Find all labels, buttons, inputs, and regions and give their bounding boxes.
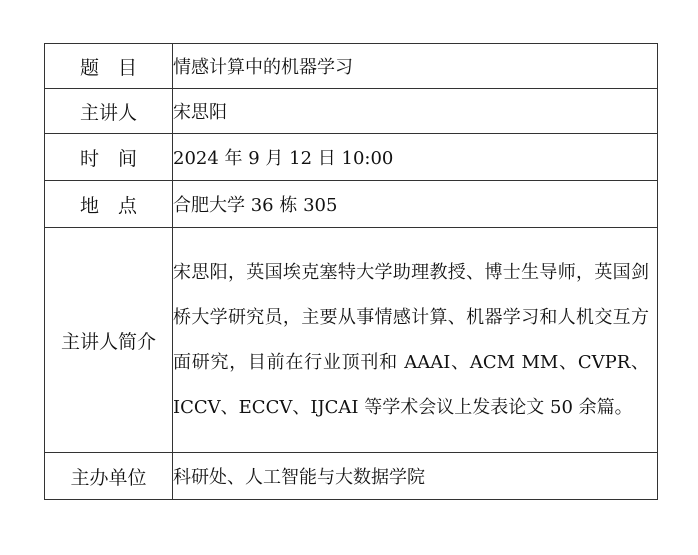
- label-title: 题 目: [45, 44, 173, 89]
- row-speaker: 主讲人 宋思阳: [45, 89, 658, 134]
- row-location: 地 点 合肥大学 36 栋 305: [45, 181, 658, 228]
- lecture-info-table: 题 目 情感计算中的机器学习 主讲人 宋思阳 时 间 2024 年 9 月 12…: [44, 43, 658, 500]
- label-speaker: 主讲人: [45, 89, 173, 134]
- value-time: 2024 年 9 月 12 日 10:00: [173, 134, 658, 181]
- row-title: 题 目 情感计算中的机器学习: [45, 44, 658, 89]
- label-location: 地 点: [45, 181, 173, 228]
- row-speaker-bio: 主讲人简介 宋思阳，英国埃克塞特大学助理教授、博士生导师，英国剑桥大学研究员，主…: [45, 228, 658, 453]
- value-speaker: 宋思阳: [173, 89, 658, 134]
- value-location: 合肥大学 36 栋 305: [173, 181, 658, 228]
- label-organizer: 主办单位: [45, 453, 173, 500]
- value-organizer: 科研处、人工智能与大数据学院: [173, 453, 658, 500]
- row-time: 时 间 2024 年 9 月 12 日 10:00: [45, 134, 658, 181]
- row-organizer: 主办单位 科研处、人工智能与大数据学院: [45, 453, 658, 500]
- value-title: 情感计算中的机器学习: [173, 44, 658, 89]
- label-time: 时 间: [45, 134, 173, 181]
- label-speaker-bio: 主讲人简介: [45, 228, 173, 453]
- value-speaker-bio: 宋思阳，英国埃克塞特大学助理教授、博士生导师，英国剑桥大学研究员，主要从事情感计…: [173, 228, 658, 453]
